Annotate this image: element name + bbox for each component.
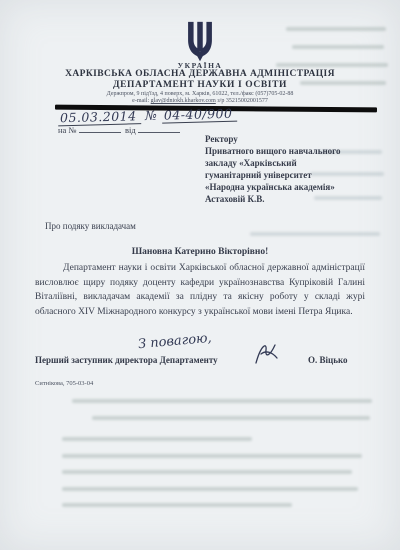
letter-body: Департамент науки і освіти Харківської о…	[35, 261, 365, 319]
email-address: glav@dniokh.kharkov.com	[151, 98, 216, 104]
number-sign: №	[145, 108, 158, 123]
recipient-line: Астаховій К.В.	[205, 193, 370, 205]
scanned-letter-page: УКРАЇНА ХАРКІВСЬКА ОБЛАСНА ДЕРЖАВНА АДМІ…	[0, 0, 400, 550]
address-line: Держпром, 9 під'їзд, 4 поверх, м. Харків…	[0, 91, 400, 97]
handwritten-closing: З повагою,	[137, 331, 212, 352]
contact-footer: Ситнікова, 705-03-04	[35, 380, 93, 387]
signer-title: Перший заступник директора Департаменту	[35, 355, 218, 365]
signer-name: О. Віцько	[308, 355, 348, 365]
recipient-line: гуманітарний університет	[205, 169, 370, 181]
department-name: ДЕПАРТАМЕНТ НАУКИ І ОСВІТИ	[0, 80, 400, 90]
recipient-line: Приватного вищого навчального	[205, 145, 370, 157]
recipient-line: закладу «Харківський	[205, 157, 370, 169]
recipient-line: Ректору	[205, 133, 370, 145]
salutation: Шановна Катерино Вікторівно!	[0, 247, 400, 257]
handwritten-number: 04-40/900	[162, 106, 237, 124]
reply-prefix: на №	[58, 125, 77, 135]
recipient-line: «Народна українська академія»	[205, 181, 370, 193]
recipient-block: Ректору Приватного вищого навчального за…	[205, 133, 370, 205]
reply-reference-line: на № від	[58, 124, 180, 135]
email-line: e-mail: glav@dniokh.kharkov.com з/р 3521…	[0, 98, 400, 104]
account-number: з/р 35215002001577	[216, 98, 268, 104]
reply-date-blank	[138, 124, 180, 133]
organization-name: ХАРКІВСЬКА ОБЛАСНА ДЕРЖАВНА АДМІНІСТРАЦІ…	[0, 69, 400, 79]
signature-icon	[252, 341, 286, 367]
reply-from-label: від	[125, 125, 136, 135]
reply-number-blank	[79, 124, 121, 133]
ukraine-trident-emblem-icon	[182, 20, 218, 64]
email-prefix: e-mail:	[132, 98, 151, 104]
subject-line: Про подяку викладачам	[45, 221, 136, 231]
